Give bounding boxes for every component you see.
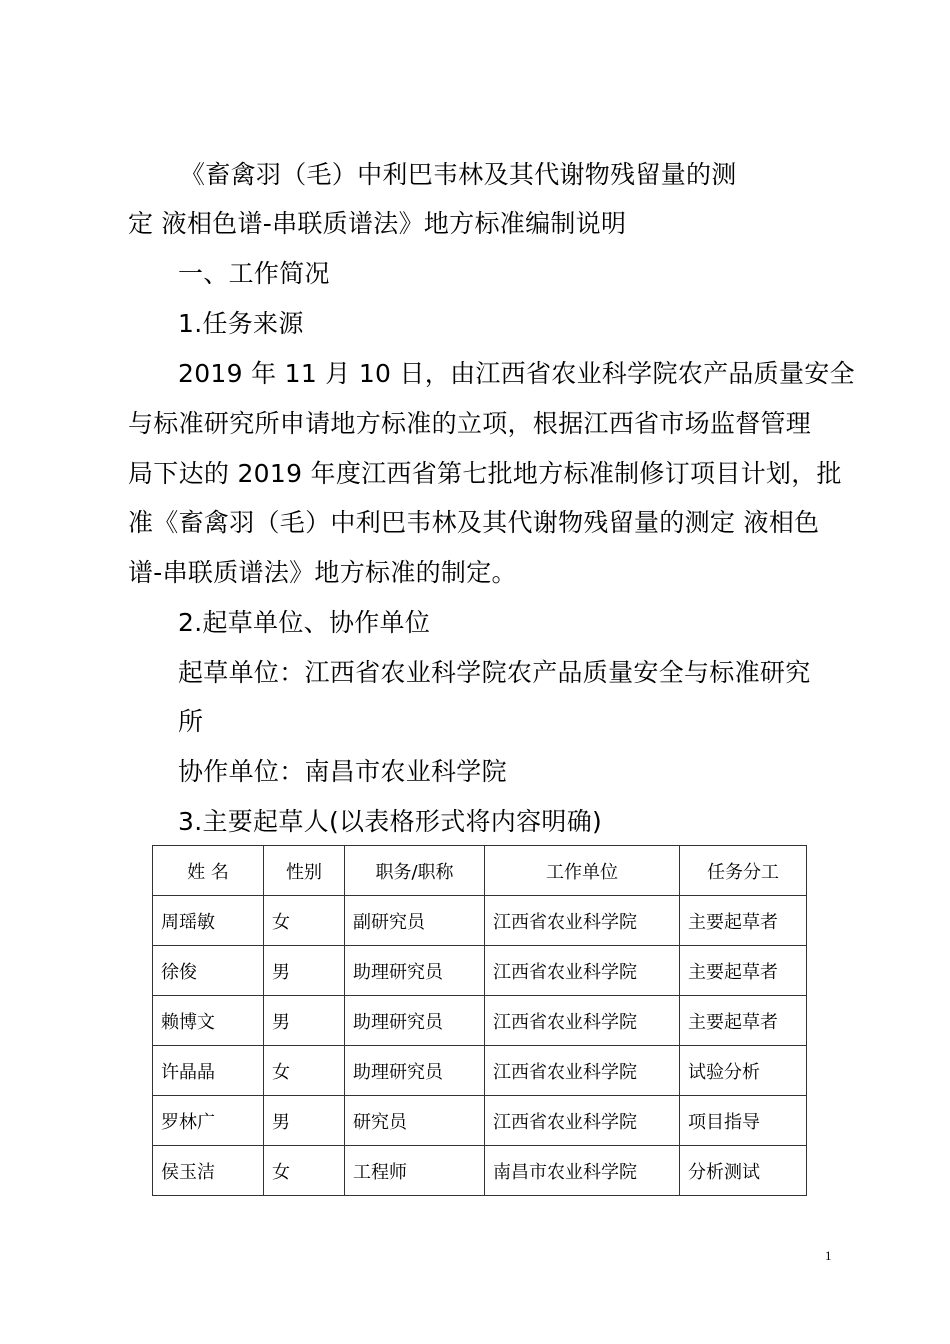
header-name: 姓 名 xyxy=(153,846,264,896)
table-header-row: 姓 名 性别 职务/职称 工作单位 任务分工 xyxy=(153,846,807,896)
cell-title: 助理研究员 xyxy=(345,1046,485,1096)
paragraph-line: 谱-串联质谱法》地方标准的制定。 xyxy=(128,558,517,588)
cell-title: 工程师 xyxy=(345,1146,485,1196)
cooperating-unit: 协作单位：南昌市农业科学院 xyxy=(178,757,507,787)
cell-workplace: 江西省农业科学院 xyxy=(485,1046,680,1096)
page-number: 1 xyxy=(825,1248,832,1264)
paragraph-line: 局下达的 2019 年度江西省第七批地方标准制修订项目计划，批 xyxy=(128,459,842,489)
cell-name: 侯玉洁 xyxy=(153,1146,264,1196)
subsection-heading-units: 2.起草单位、协作单位 xyxy=(178,608,430,638)
cell-task: 主要起草者 xyxy=(680,946,807,996)
cell-title: 副研究员 xyxy=(345,896,485,946)
cell-gender: 女 xyxy=(264,1146,345,1196)
doc-title-line-2: 定 液相色谱-串联质谱法》地方标准编制说明 xyxy=(128,209,626,239)
cell-name: 赖博文 xyxy=(153,996,264,1046)
header-gender: 性别 xyxy=(264,846,345,896)
table-row: 罗林广 男 研究员 江西省农业科学院 项目指导 xyxy=(153,1096,807,1146)
cell-title: 助理研究员 xyxy=(345,946,485,996)
cell-gender: 男 xyxy=(264,946,345,996)
cell-task: 分析测试 xyxy=(680,1146,807,1196)
section-heading: 一、工作简况 xyxy=(178,259,330,289)
cell-gender: 男 xyxy=(264,1096,345,1146)
cell-workplace: 江西省农业科学院 xyxy=(485,996,680,1046)
cell-name: 罗林广 xyxy=(153,1096,264,1146)
header-title: 职务/职称 xyxy=(345,846,485,896)
cell-task: 主要起草者 xyxy=(680,896,807,946)
table-row: 周瑶敏 女 副研究员 江西省农业科学院 主要起草者 xyxy=(153,896,807,946)
table-row: 徐俊 男 助理研究员 江西省农业科学院 主要起草者 xyxy=(153,946,807,996)
cell-gender: 男 xyxy=(264,996,345,1046)
cell-task: 项目指导 xyxy=(680,1096,807,1146)
document-page: 《畜禽羽（毛）中利巴韦林及其代谢物残留量的测 定 液相色谱-串联质谱法》地方标准… xyxy=(0,0,950,1344)
subsection-heading-drafters: 3.主要起草人(以表格形式将内容明确) xyxy=(178,807,602,837)
drafting-unit: 起草单位：江西省农业科学院农产品质量安全与标准研究 xyxy=(178,658,811,688)
table-row: 侯玉洁 女 工程师 南昌市农业科学院 分析测试 xyxy=(153,1146,807,1196)
cell-task: 主要起草者 xyxy=(680,996,807,1046)
drafting-unit-cont: 所 xyxy=(178,707,203,737)
header-task: 任务分工 xyxy=(680,846,807,896)
cell-workplace: 南昌市农业科学院 xyxy=(485,1146,680,1196)
cell-workplace: 江西省农业科学院 xyxy=(485,1096,680,1146)
paragraph-line: 准《畜禽羽（毛）中利巴韦林及其代谢物残留量的测定 液相色 xyxy=(128,508,819,538)
cell-workplace: 江西省农业科学院 xyxy=(485,896,680,946)
cell-name: 徐俊 xyxy=(153,946,264,996)
cell-task: 试验分析 xyxy=(680,1046,807,1096)
cell-gender: 女 xyxy=(264,1046,345,1096)
cell-name: 许晶晶 xyxy=(153,1046,264,1096)
header-workplace: 工作单位 xyxy=(485,846,680,896)
cell-title: 助理研究员 xyxy=(345,996,485,1046)
table-row: 赖博文 男 助理研究员 江西省农业科学院 主要起草者 xyxy=(153,996,807,1046)
cell-gender: 女 xyxy=(264,896,345,946)
subsection-heading-task-source: 1.任务来源 xyxy=(178,309,304,339)
paragraph-line: 2019 年 11 月 10 日，由江西省农业科学院农产品质量安全 xyxy=(178,359,855,389)
cell-workplace: 江西省农业科学院 xyxy=(485,946,680,996)
drafters-table: 姓 名 性别 职务/职称 工作单位 任务分工 周瑶敏 女 副研究员 江西省农业科… xyxy=(152,845,807,1196)
cell-title: 研究员 xyxy=(345,1096,485,1146)
paragraph-line: 与标准研究所申请地方标准的立项，根据江西省市场监督管理 xyxy=(128,409,811,439)
table-row: 许晶晶 女 助理研究员 江西省农业科学院 试验分析 xyxy=(153,1046,807,1096)
cell-name: 周瑶敏 xyxy=(153,896,264,946)
doc-title-line-1: 《畜禽羽（毛）中利巴韦林及其代谢物残留量的测 xyxy=(180,160,737,190)
